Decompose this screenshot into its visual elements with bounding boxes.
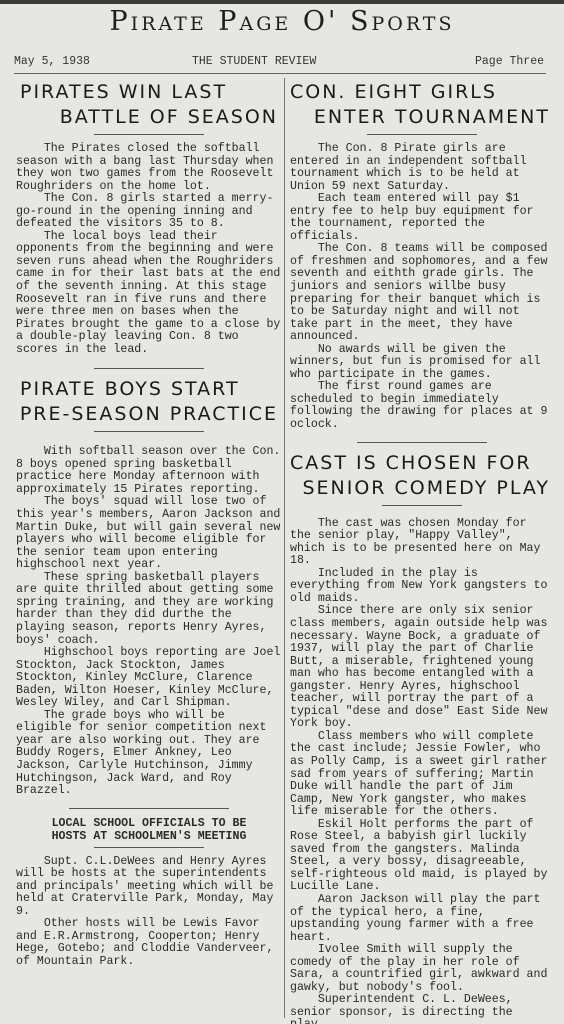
paragraph: The first round games are scheduled to b… xyxy=(290,381,554,431)
paragraph: Other hosts will be Lewis Favor and E.R.… xyxy=(16,918,282,968)
paragraph: Class members who will complete the cast… xyxy=(290,731,554,819)
article-divider xyxy=(357,442,487,443)
paragraph: Superintendent C. L. DeWees, senior spon… xyxy=(290,994,554,1024)
headline-line-2: SENIOR COMEDY PLAY xyxy=(290,476,554,501)
headline-line-1: PIRATE BOYS START xyxy=(16,377,282,402)
dateline: May 5, 1938 THE STUDENT REVIEW Page Thre… xyxy=(14,55,544,69)
headline-line-1: CAST IS CHOSEN FOR xyxy=(290,451,554,476)
header-rule xyxy=(14,73,546,74)
paragraph: With softball season over the Con. 8 boy… xyxy=(16,446,282,496)
headline: PIRATE BOYS START PRE-SEASON PRACTICE xyxy=(16,377,282,427)
article-divider xyxy=(69,808,229,809)
page-top-edge xyxy=(0,0,564,4)
right-column: CON. EIGHT GIRLS ENTER TOURNAMENT The Co… xyxy=(290,80,554,1024)
paragraph: Ivolee Smith will supply the comedy of t… xyxy=(290,944,554,994)
article-pirates-win: PIRATES WIN LAST BATTLE OF SEASON The Pi… xyxy=(16,80,282,369)
paragraph: Since there are only six senior class me… xyxy=(290,605,554,730)
paragraph: The Con. 8 teams will be composed of fre… xyxy=(290,243,554,343)
headline-rule xyxy=(94,847,204,848)
article-pirate-boys: PIRATE BOYS START PRE-SEASON PRACTICE Wi… xyxy=(16,377,282,808)
paragraph: The boys' squad will lose two of this ye… xyxy=(16,496,282,571)
headline-rule xyxy=(94,134,204,135)
headline-rule xyxy=(94,431,204,432)
paragraph: These spring basketball players are quit… xyxy=(16,572,282,647)
paragraph: The grade boys who will be eligible for … xyxy=(16,710,282,798)
publication-name: THE STUDENT REVIEW xyxy=(192,55,316,68)
headline-line-2: ENTER TOURNAMENT xyxy=(290,105,554,130)
article-girls-tournament: CON. EIGHT GIRLS ENTER TOURNAMENT The Co… xyxy=(290,80,554,443)
subheadline-line-1: LOCAL SCHOOL OFFICIALS TO BE xyxy=(16,817,282,830)
paragraph: Supt. C.L.DeWees and Henry Ayres will be… xyxy=(16,856,282,919)
paragraph: Each team entered will pay $1 entry fee … xyxy=(290,193,554,243)
headline: PIRATES WIN LAST BATTLE OF SEASON xyxy=(16,80,282,130)
left-column: PIRATES WIN LAST BATTLE OF SEASON The Pi… xyxy=(16,80,282,969)
paragraph: The Con. 8 girls started a merry-go-roun… xyxy=(16,193,282,231)
headline-line-1: CON. EIGHT GIRLS xyxy=(290,80,554,105)
article-divider xyxy=(94,368,204,369)
headline-rule xyxy=(382,505,462,506)
page-number: Page Three xyxy=(475,55,544,68)
headline-line-1: PIRATES WIN LAST xyxy=(16,80,282,105)
paragraph: Eskil Holt performs the part of Rose Ste… xyxy=(290,819,554,894)
column-divider xyxy=(284,78,285,1018)
article-school-officials: LOCAL SCHOOL OFFICIALS TO BE HOSTS AT SC… xyxy=(16,817,282,969)
paragraph: Highschool boys reporting are Joel Stock… xyxy=(16,647,282,710)
headline: CAST IS CHOSEN FOR SENIOR COMEDY PLAY xyxy=(290,451,554,501)
article-cast-chosen: CAST IS CHOSEN FOR SENIOR COMEDY PLAY Th… xyxy=(290,451,554,1024)
headline-line-2: PRE-SEASON PRACTICE xyxy=(16,402,282,427)
subheadline-line-2: HOSTS AT SCHOOLMEN'S MEETING xyxy=(16,830,282,843)
issue-date: May 5, 1938 xyxy=(14,55,90,68)
paragraph: The Pirates closed the softball season w… xyxy=(16,143,282,193)
paragraph: The Con. 8 Pirate girls are entered in a… xyxy=(290,143,554,193)
paragraph: No awards will be given the winners, but… xyxy=(290,344,554,382)
paragraph: The local boys lead their opponents from… xyxy=(16,231,282,356)
headline-rule xyxy=(367,134,477,135)
headline-line-2: BATTLE OF SEASON xyxy=(16,105,282,130)
paragraph: Included in the play is everything from … xyxy=(290,568,554,606)
paragraph: The cast was chosen Monday for the senio… xyxy=(290,518,554,568)
masthead-title: Pirate Page O' Sports xyxy=(0,6,564,37)
headline: CON. EIGHT GIRLS ENTER TOURNAMENT xyxy=(290,80,554,130)
paragraph: Aaron Jackson will play the part of the … xyxy=(290,894,554,944)
